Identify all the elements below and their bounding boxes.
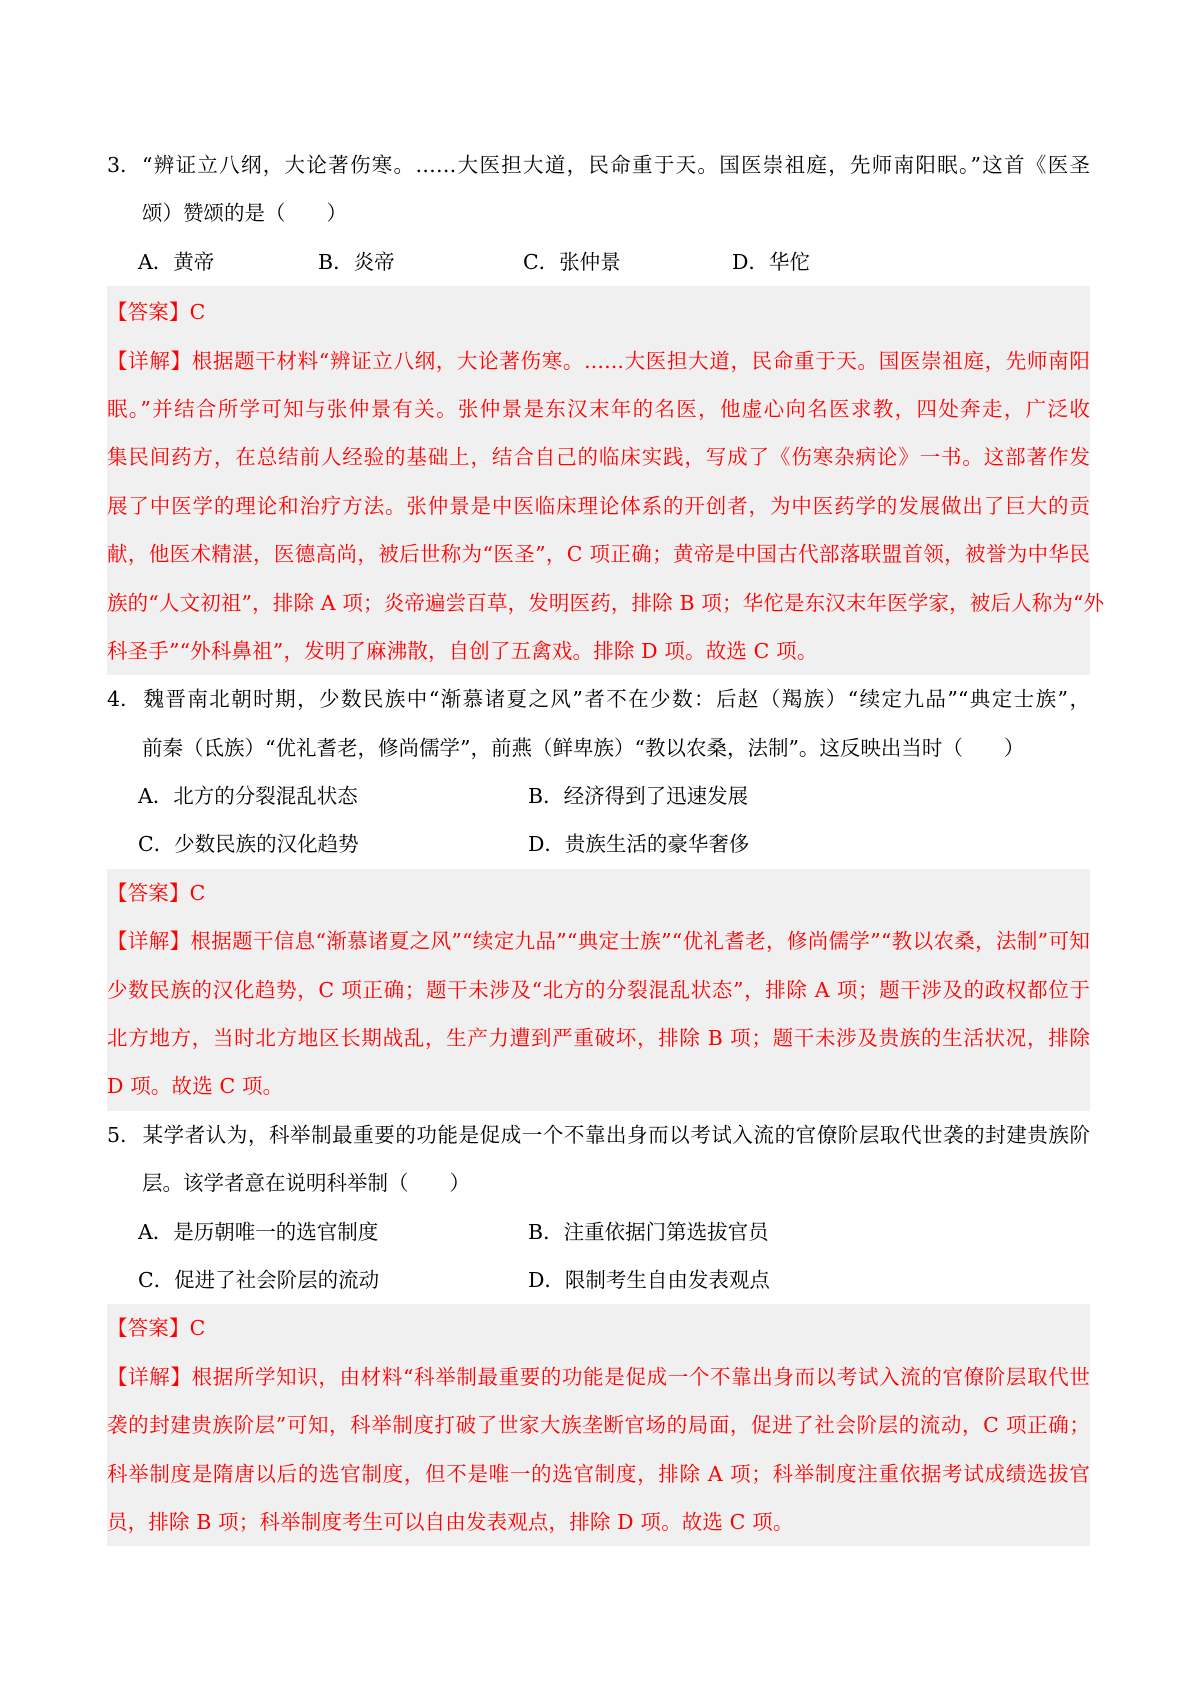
- question-stem-line: 4.魏晋南北朝时期，少数民族中“渐慕诸夏之风”者不在少数：后赵（羯族）“续定九品…: [107, 675, 1090, 723]
- option-a: A．黄帝: [138, 238, 214, 286]
- option-c: C．张仲景: [523, 238, 621, 286]
- detail-line: 科圣手”“外科鼻祖”，发明了麻沸散，自创了五禽戏。排除 D 项。故选 C 项。: [107, 627, 1090, 675]
- option-d: D．贵族生活的豪华奢侈: [528, 820, 749, 868]
- option-c: C．少数民族的汉化趋势: [138, 820, 359, 868]
- answer-tag: 【答案】: [107, 881, 190, 905]
- detail-tag: 【详解】: [107, 349, 192, 373]
- question-number: 4.: [107, 675, 142, 723]
- detail-line: 眠。”并结合所学可知与张仲景有关。张仲景是东汉末年的名医，他虚心向名医求教，四处…: [107, 385, 1090, 433]
- option-d: D．限制考生自由发表观点: [528, 1256, 770, 1304]
- option-b: B．注重依据门第选拔官员: [528, 1208, 769, 1256]
- option-d: D．华佗: [732, 238, 810, 286]
- detail-line: 集民间药方，在总结前人经验的基础上，结合自己的临床实践，写成了《伤寒杂病论》一书…: [107, 433, 1090, 481]
- detail-tag: 【详解】: [107, 1365, 192, 1389]
- question-stem-line: 层。该学者意在说明科举制（ ）: [107, 1159, 1090, 1207]
- answer-tag: 【答案】: [107, 300, 190, 324]
- question-stem-line: 5.某学者认为，科举制最重要的功能是促成一个不靠出身而以考试入流的官僚阶层取代世…: [107, 1111, 1090, 1159]
- option-a: A．是历朝唯一的选官制度: [138, 1208, 378, 1256]
- detail-line: 科举制度是隋唐以后的选官制度，但不是唯一的选官制度，排除 A 项；科举制度注重依…: [107, 1450, 1090, 1498]
- option-a: A．北方的分裂混乱状态: [138, 772, 358, 820]
- option-b: B．经济得到了迅速发展: [528, 772, 748, 820]
- answer-value: C: [190, 881, 206, 905]
- question-number: 3.: [107, 141, 142, 189]
- detail-line: D 项。故选 C 项。: [107, 1062, 1090, 1110]
- question-stem-line: 前秦（氐族）“优礼耆老，修尚儒学”，前燕（鲜卑族）“教以农桑，法制”。这反映出当…: [107, 724, 1090, 772]
- detail-line: 【详解】根据题干信息“渐慕诸夏之风”“续定九品”“典定士族”“优礼耆老，修尚儒学…: [107, 917, 1090, 965]
- answer-value: C: [190, 1316, 206, 1340]
- detail-line: 【详解】根据题干材料“辨证立八纲，大论著伤寒。......大医担大道，民命重于天…: [107, 337, 1090, 385]
- detail-line: 献，他医术精湛，医德高尚，被后世称为“医圣”，C 项正确；黄帝是中国古代部落联盟…: [107, 530, 1090, 578]
- options-row: C．促进了社会阶层的流动 D．限制考生自由发表观点: [107, 1256, 1090, 1304]
- option-c: C．促进了社会阶层的流动: [138, 1256, 379, 1304]
- question-stem-line: 颂）赞颂的是（ ）: [107, 189, 1090, 237]
- question-3: 3.“辨证立八纲，大论著伤寒。……大医担大道，民命重于天。国医崇祖庭，先师南阳眠…: [107, 141, 1090, 675]
- answer-line: 【答案】C: [107, 869, 1090, 917]
- detail-tag: 【详解】: [107, 929, 190, 953]
- detail-line: 北方地方，当时北方地区长期战乱，生产力遭到严重破坏，排除 B 项；题干未涉及贵族…: [107, 1014, 1090, 1062]
- options-row: A．北方的分裂混乱状态 B．经济得到了迅速发展: [107, 772, 1090, 820]
- document-page: 3.“辨证立八纲，大论著伤寒。……大医担大道，民命重于天。国医崇祖庭，先师南阳眠…: [107, 141, 1090, 1546]
- question-stem-line: 3.“辨证立八纲，大论著伤寒。……大医担大道，民命重于天。国医崇祖庭，先师南阳眠…: [107, 141, 1090, 189]
- answer-tag: 【答案】: [107, 1316, 190, 1340]
- answer-box: 【答案】C 【详解】根据所学知识，由材料“科举制最重要的功能是促成一个不靠出身而…: [107, 1304, 1090, 1546]
- detail-line: 展了中医学的理论和治疗方法。张仲景是中医临床理论体系的开创者，为中医药学的发展做…: [107, 482, 1090, 530]
- answer-line: 【答案】C: [107, 288, 1090, 336]
- detail-line: 袭的封建贵族阶层”可知，科举制度打破了世家大族垄断官场的局面，促进了社会阶层的流…: [107, 1401, 1090, 1449]
- question-5: 5.某学者认为，科举制最重要的功能是促成一个不靠出身而以考试入流的官僚阶层取代世…: [107, 1111, 1090, 1547]
- options-row: A．是历朝唯一的选官制度 B．注重依据门第选拔官员: [107, 1208, 1090, 1256]
- option-b: B．炎帝: [318, 238, 395, 286]
- detail-line: 员，排除 B 项；科举制度考生可以自由发表观点，排除 D 项。故选 C 项。: [107, 1498, 1090, 1546]
- answer-box: 【答案】C 【详解】根据题干材料“辨证立八纲，大论著伤寒。......大医担大道…: [107, 286, 1090, 675]
- options-row: C．少数民族的汉化趋势 D．贵族生活的豪华奢侈: [107, 820, 1090, 868]
- question-number: 5.: [107, 1111, 142, 1159]
- detail-line: 族的“人文初祖”，排除 A 项；炎帝遍尝百草，发明医药，排除 B 项；华佗是东汉…: [107, 579, 1090, 627]
- detail-line: 少数民族的汉化趋势，C 项正确；题干未涉及“北方的分裂混乱状态”，排除 A 项；…: [107, 966, 1090, 1014]
- answer-box: 【答案】C 【详解】根据题干信息“渐慕诸夏之风”“续定九品”“典定士族”“优礼耆…: [107, 869, 1090, 1111]
- question-4: 4.魏晋南北朝时期，少数民族中“渐慕诸夏之风”者不在少数：后赵（羯族）“续定九品…: [107, 675, 1090, 1111]
- options-row: A．黄帝 B．炎帝 C．张仲景 D．华佗: [107, 238, 1090, 286]
- detail-line: 【详解】根据所学知识，由材料“科举制最重要的功能是促成一个不靠出身而以考试入流的…: [107, 1353, 1090, 1401]
- answer-line: 【答案】C: [107, 1304, 1090, 1352]
- answer-value: C: [190, 300, 206, 324]
